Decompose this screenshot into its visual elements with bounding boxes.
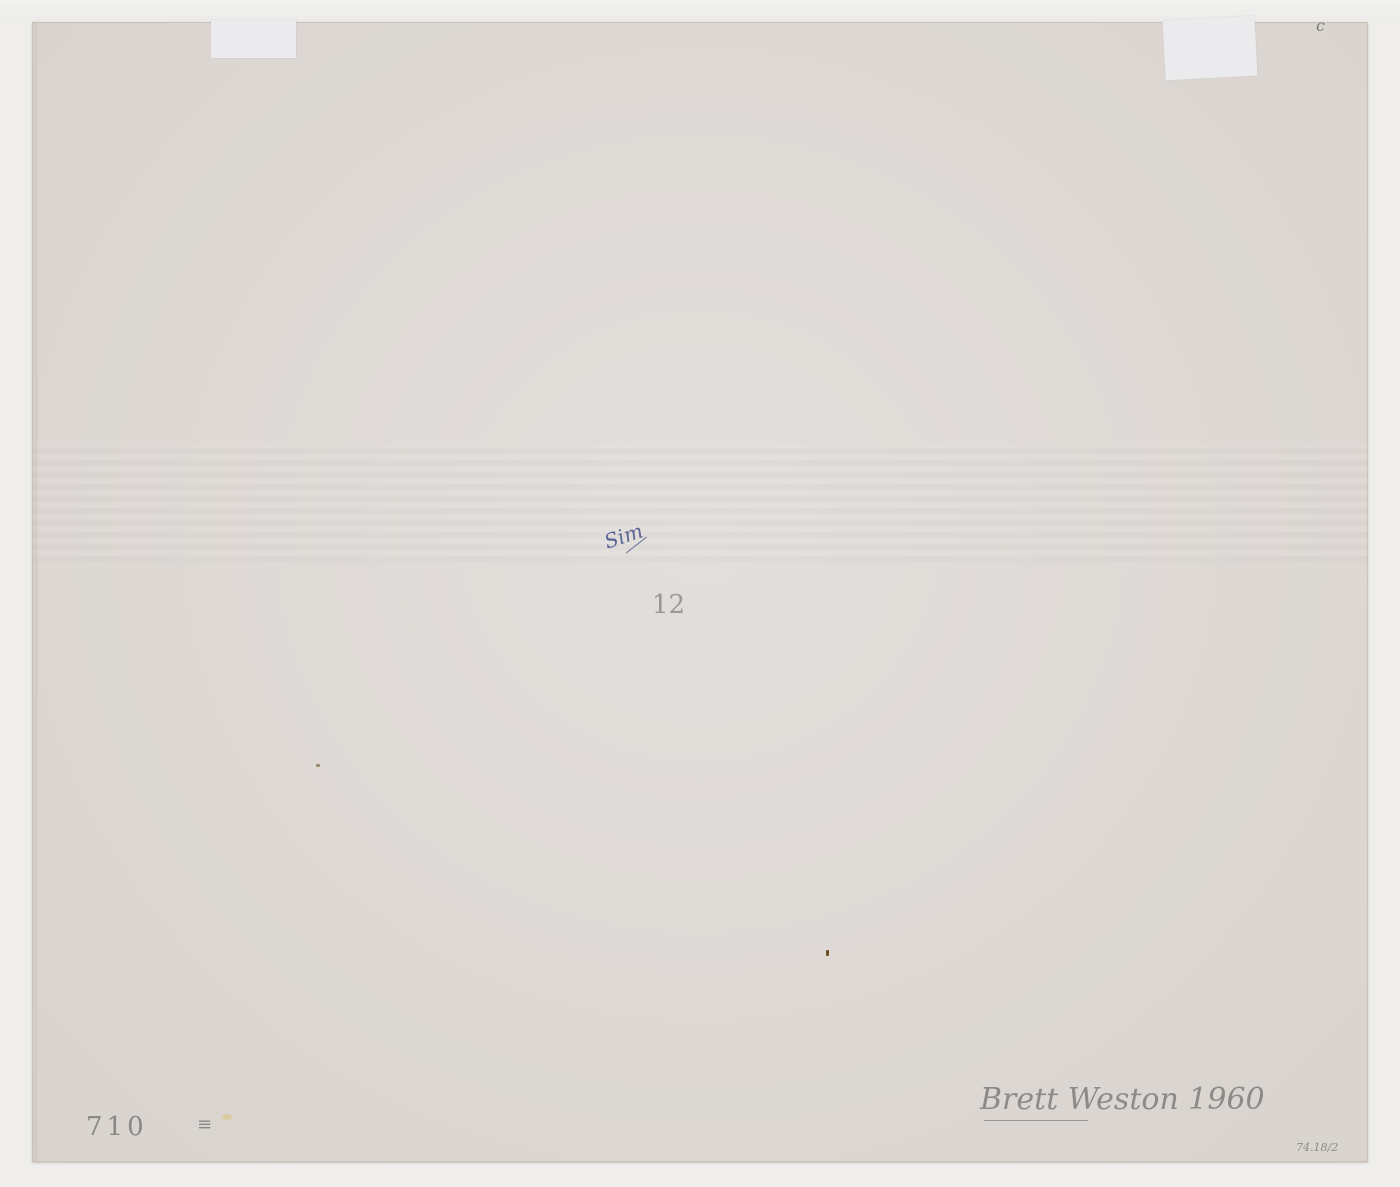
hinge-tape-left — [211, 20, 296, 58]
paper-speck — [316, 764, 320, 767]
corner-letter-inscription: c — [1316, 16, 1325, 35]
accession-number: 74.18/2 — [1296, 1141, 1338, 1154]
board-edge — [32, 22, 38, 1162]
hinge-tape-right — [1162, 16, 1257, 81]
number-inscription: 12 — [652, 590, 685, 620]
signature-stroke — [984, 1120, 1088, 1121]
paper-speck — [826, 950, 829, 956]
artist-signature: Brett Weston 1960 — [980, 1082, 1265, 1117]
code-inscription: 710 — [86, 1112, 148, 1142]
mount-board — [32, 22, 1368, 1162]
tally-mark-inscription: ≡ — [197, 1114, 212, 1135]
paper-stain — [222, 1114, 232, 1120]
